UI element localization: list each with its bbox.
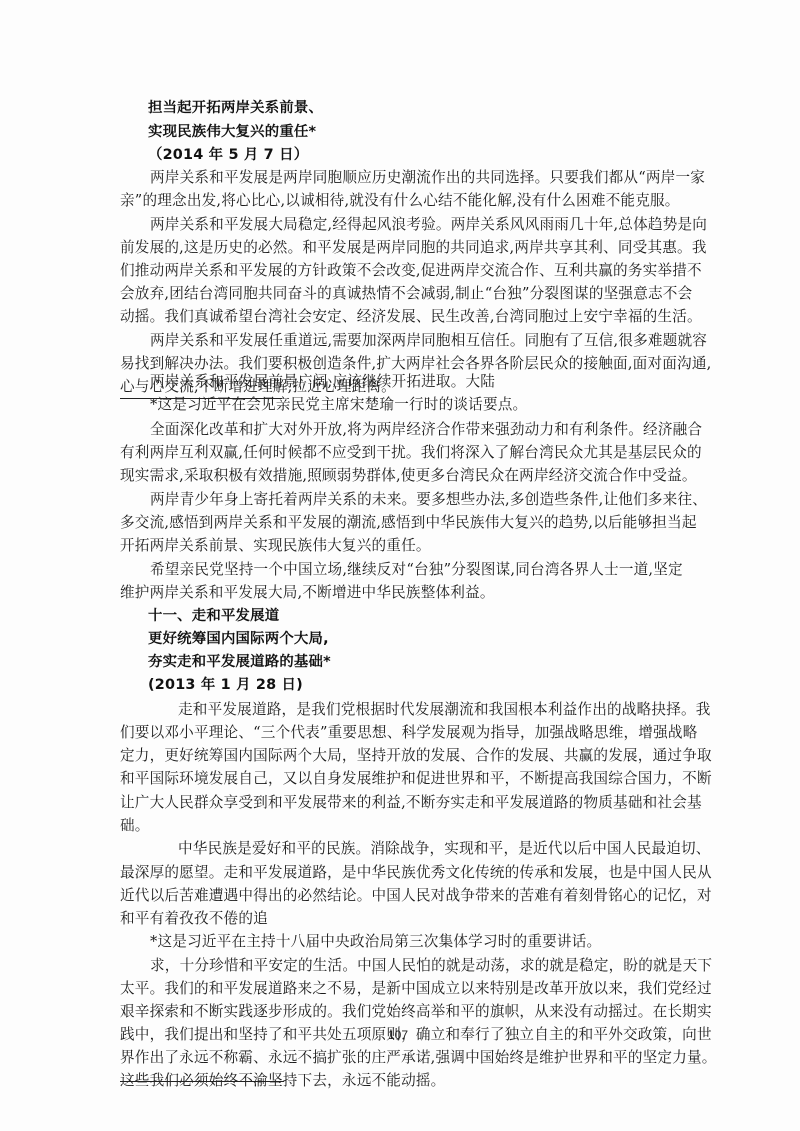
body-line: 全面深化改革和扩大对外开放,将为两岸经济合作带来强劲动力和有利条件。经济融合 [150, 419, 702, 440]
body-line: 希望亲民党坚持一个中国立场,继续反对“台独”分裂图谋,同台湾各界人士一道,坚定 [150, 559, 683, 580]
body-line: 两岸关系和平发展大局稳定,经得起风浪考验。两岸关系风风雨雨几十年,总体趋势是向 [150, 214, 707, 235]
section2-title-line1: 更好统筹国内国际两个大局, [148, 629, 329, 650]
chapter-heading: 十一、走和平发展道 [148, 606, 279, 627]
body-line: 太平。我们的和平发展道路来之不易，是新中国成立以来特别是改革开放以来，我们党经过 [120, 978, 712, 999]
body-line: 两岸关系和平发展任重道远,需要加深两岸同胞相互信任。同胞有了互信,很多难题就容 [150, 330, 707, 351]
footnote-2: *这是习近平在主持十八届中央政治局第三次集体学习时的重要讲话。 [150, 931, 601, 952]
body-line: 中华民族是爱好和平的民族。消除战争，实现和平，是近代以后中国人民最迫切、 [178, 838, 711, 859]
body-line: 让广大人民群众享受到和平发展带来的利益,不断夯实走和平发展道路的物质基础和社会基 [120, 792, 702, 813]
body-line: 和平有着孜孜不倦的追 [120, 908, 268, 929]
document-page: 担当起开拓两岸关系前景、 实现民族伟大复兴的重任* （2014 年 5 月 7 … [0, 0, 800, 1131]
section1-date: （2014 年 5 月 7 日） [148, 145, 308, 166]
body-line: 前发展的,这是历史的必然。和平发展是两岸同胞的共同追求,两岸共享其利、同受其惠。… [120, 237, 707, 258]
body-line: 亲”的理念出发,将心比心,以诚相待,就没有什么心结不能化解,没有什么困难不能克服… [120, 190, 680, 211]
body-line: 开拓两岸关系前景、实现民族伟大复兴的重任。 [120, 535, 431, 556]
body-line: 最深厚的愿望。走和平发展道路，是中华民族优秀文化传统的传承和发展，也是中国人民从 [120, 862, 712, 883]
body-line: 现实需求,采取积极有效措施,照顾弱势群体,使更多台湾民众在两岸经济交流合作中受益… [120, 465, 697, 486]
body-line: 走和平发展道路，是我们党根据时代发展潮流和我国根本利益作出的战略抉择。我 [178, 699, 711, 720]
body-line: 和平国际环境发展自己，又以自身发展维护和促进世界和平，不断提高我国综合国力，不断 [120, 768, 712, 789]
body-line: 两岸关系和平发展前景广阔,应该继续开拓进取。大陆 [150, 371, 495, 392]
strikethrough-mark [120, 398, 282, 399]
body-line: 求，十分珍惜和平安定的生活。中国人民怕的就是动荡，求的就是稳定，盼的就是天下 [150, 955, 712, 976]
strikethrough-mark [120, 1081, 284, 1082]
body-line: 们要以邓小平理论、“三个代表”重要思想、科学发展观为指导，加强战略思维，增强战略 [120, 722, 698, 743]
section2-date: (2013 年 1 月 28 日) [148, 675, 303, 696]
body-line: 维护两岸关系和平发展大局,不断增进中华民族整体利益。 [120, 582, 495, 603]
page-number: 107 [388, 1028, 408, 1042]
body-line: 两岸关系和平发展是两岸同胞顺应历史潮流作出的共同选择。只要我们都从“两岸一家 [150, 167, 705, 188]
body-line: 多交流,感悟到两岸关系和平发展的潮流,感悟到中华民族伟大复兴的趋势,以后能够担当… [120, 512, 697, 533]
body-line: 础。 [120, 815, 150, 836]
section1-title-line2: 实现民族伟大复兴的重任* [148, 122, 316, 143]
body-line: 近代以后苦难遭遇中得出的必然结论。中国人民对战争带来的苦难有着刻骨铭心的记忆，对 [120, 885, 712, 906]
body-line: 践中，我们提出和坚持了和平共处五项原则，确立和奉行了独立自主的和平外交政策，向世 [120, 1024, 712, 1045]
body-line: 定力，更好统筹国内国际两个大局，坚持开放的发展、合作的发展、共赢的发展，通过争取 [120, 745, 712, 766]
body-line: 会放弃,团结台湾同胞共同奋斗的真诚热情不会减弱,制止“台独”分裂图谋的坚强意志不… [120, 283, 692, 304]
body-line: 两岸青少年身上寄托着两岸关系的未来。要多想些办法,多创造些条件,让他们多来往、 [150, 489, 707, 510]
body-line: 界作出了永远不称霸、永远不搞扩张的庄严承诺,强调中国始终是维护世界和平的坚定力量… [120, 1047, 717, 1068]
body-line: 动摇。我们真诚希望台湾社会安定、经济发展、民生改善,台湾同胞过上安宁幸福的生活。 [120, 306, 702, 327]
body-line: 艰辛探索和不断实践逐步形成的。我们党始终高举和平的旗帜，从来没有动摇过。在长期实 [120, 1001, 712, 1022]
body-line: 有利两岸互利双赢,任何时候都不应受到干扰。我们将深入了解台湾民众尤其是基层民众的 [120, 442, 702, 463]
body-line: 们推动两岸关系和平发展的方针政策不会改变,促进两岸交流合作、互利共赢的务实举措不 [120, 260, 702, 281]
section2-title-line2: 夯实走和平发展道路的基础* [148, 652, 331, 673]
section1-title-line1: 担当起开拓两岸关系前景、 [148, 98, 323, 119]
